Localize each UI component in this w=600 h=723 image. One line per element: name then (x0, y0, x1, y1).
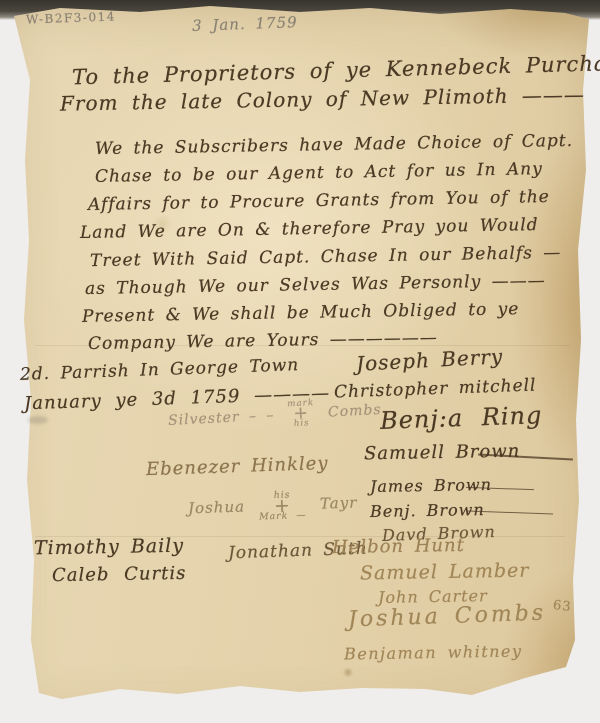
signature-benjaman-whitney: Benjaman whitney (344, 643, 523, 662)
signature-last-name: Tayr (320, 493, 358, 512)
mark-word-below: his (294, 420, 310, 428)
mark-dashes: – – (249, 407, 275, 424)
mark-word-below: Mark — (259, 512, 307, 522)
scanned-manuscript-page: W-B2F3-014 3 Jan. 1759 To the Proprietor… (0, 0, 600, 723)
signature-james-brown: James Brown (370, 477, 492, 495)
signature-timothy-baily: Timothy Baily (34, 537, 184, 559)
signature-samuel-lamber: Samuel Lamber (360, 562, 530, 584)
page-number: 63 (552, 599, 572, 614)
signature-samuell-brown: Samuell Brown (364, 443, 521, 464)
his-mark-cross: mark + his (287, 400, 315, 428)
signature-first-name: Silvester (168, 409, 240, 429)
pencil-date: 3 Jan. 1759 (192, 15, 298, 34)
signature-benja-ring: Benj:a Ring (380, 403, 543, 433)
signature-last-name: Combs (328, 402, 382, 421)
catalog-number: W-B2F3-014 (26, 10, 116, 25)
pencil-smudge (28, 416, 48, 424)
signature-first-name: Joshua (188, 497, 246, 517)
signature-caleb-curtis: Caleb Curtis (52, 565, 187, 585)
his-mark-cross: his + Mark — (258, 491, 306, 521)
signature-joshua-tayr: Joshua his + Mark — Tayr (188, 489, 358, 524)
signature-helbon-hunt: Helbon Hunt (332, 537, 465, 557)
